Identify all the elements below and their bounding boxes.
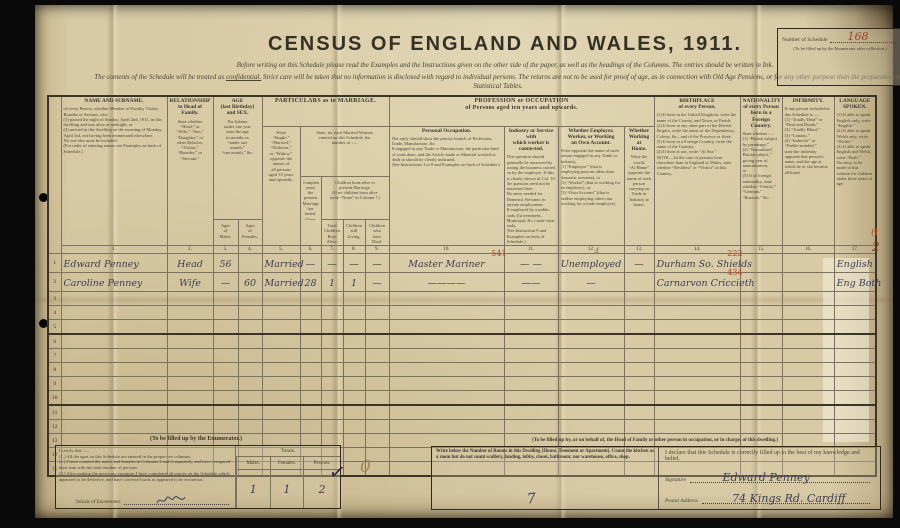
cell-industry bbox=[504, 320, 558, 335]
cell-nationality bbox=[740, 320, 782, 335]
totals-table: Totals. Males. Females. Persons. 1 1 2 bbox=[235, 446, 340, 508]
cell-occupation bbox=[389, 306, 504, 320]
cell-birthplace bbox=[654, 405, 740, 420]
cell-industry: — — bbox=[504, 254, 558, 273]
cell-born bbox=[321, 306, 343, 320]
instruction-line-2-pre: The contents of the Schedule will be tre… bbox=[94, 73, 226, 81]
cell-years: 28 bbox=[300, 273, 321, 292]
signature-field: Signature Edward Penney bbox=[665, 470, 874, 483]
cell-employment bbox=[558, 363, 624, 377]
col-header-rownum bbox=[48, 96, 61, 254]
column-number: 3. bbox=[213, 246, 238, 254]
cell-condition: Married bbox=[262, 254, 300, 273]
cell-living: — bbox=[343, 254, 365, 273]
cell-age_f bbox=[238, 377, 262, 391]
census-table-head: NAME AND SURNAME. of every Person, wheth… bbox=[48, 96, 876, 254]
cell-relationship bbox=[167, 377, 213, 391]
cell-birthplace bbox=[654, 377, 740, 391]
cell-industry bbox=[504, 420, 558, 434]
cell-age_m bbox=[213, 306, 238, 320]
cell-born bbox=[321, 391, 343, 406]
enumerator-margin-mark-row1: 0 bbox=[871, 226, 878, 239]
column-number: 12. bbox=[558, 246, 624, 254]
cell-industry bbox=[504, 405, 558, 420]
enumerator-initials-mark bbox=[156, 494, 186, 506]
signature-line: Edward Penney bbox=[690, 470, 870, 483]
cell-age_m bbox=[213, 349, 238, 363]
cell-age_f bbox=[238, 391, 262, 406]
cell-employment bbox=[558, 306, 624, 320]
address-line: 74 Kings Rd. Cardiff bbox=[702, 491, 870, 504]
cell-infirmity bbox=[782, 254, 834, 273]
cell-age_f bbox=[238, 320, 262, 335]
cell-age_f bbox=[238, 420, 262, 434]
cell-living bbox=[343, 306, 365, 320]
cell-living bbox=[343, 434, 365, 448]
col-header-children-died: Children who have Died. bbox=[365, 220, 389, 246]
cell-industry bbox=[504, 292, 558, 306]
cell-relationship bbox=[167, 292, 213, 306]
cell-infirmity bbox=[782, 320, 834, 335]
cell-infirmity bbox=[782, 292, 834, 306]
cell-condition bbox=[262, 391, 300, 406]
cell-employment bbox=[558, 292, 624, 306]
row-number: 9 bbox=[48, 377, 61, 391]
column-number: 16. bbox=[782, 246, 834, 254]
cell-occupation bbox=[389, 405, 504, 420]
column-number: 8. bbox=[343, 246, 365, 254]
cell-living bbox=[343, 292, 365, 306]
address-label: Postal Address bbox=[665, 498, 698, 504]
instruction-line-1: Before writing on this Schedule please r… bbox=[125, 61, 885, 70]
cell-infirmity bbox=[782, 349, 834, 363]
cell-nationality bbox=[740, 254, 782, 273]
cell-born bbox=[321, 405, 343, 420]
cell-birthplace bbox=[654, 334, 740, 349]
cell-birthplace bbox=[654, 363, 740, 377]
enumerator-box: I certify that :— (1.) All the ages on t… bbox=[55, 445, 341, 509]
cell-died bbox=[365, 292, 389, 306]
col-header-profession-group: PROFESSION or OCCUPATION of Persons aged… bbox=[389, 96, 654, 126]
cell-relationship: Wife bbox=[167, 273, 213, 292]
row-number: 12 bbox=[48, 420, 61, 434]
col-header-infirmity: INFIRMITY. If any person included in thi… bbox=[782, 96, 834, 246]
page-title: CENSUS OF ENGLAND AND WALES, 1911. bbox=[155, 33, 855, 56]
cell-name bbox=[61, 349, 167, 363]
column-number: 5. bbox=[262, 246, 300, 254]
cell-birthplace bbox=[654, 320, 740, 335]
census-form-paper: CENSUS OF ENGLAND AND WALES, 1911. Befor… bbox=[35, 5, 893, 518]
cell-relationship bbox=[167, 306, 213, 320]
cell-industry bbox=[504, 363, 558, 377]
row-number: 1 bbox=[48, 254, 61, 273]
rooms-value: 7 bbox=[526, 491, 537, 508]
cell-living bbox=[343, 320, 365, 335]
cell-language bbox=[834, 334, 876, 349]
cell-born bbox=[321, 292, 343, 306]
column-number: 13. bbox=[624, 246, 654, 254]
col-header-married-woman: State, for each Married Woman entered on… bbox=[300, 126, 389, 176]
cell-died bbox=[365, 349, 389, 363]
row-number: 3 bbox=[48, 292, 61, 306]
cell-nationality bbox=[740, 292, 782, 306]
cell-birthplace: Carnarvon Criccieth434 bbox=[654, 273, 740, 292]
cell-nationality bbox=[740, 306, 782, 320]
cell-infirmity bbox=[782, 405, 834, 420]
cell-died bbox=[365, 363, 389, 377]
cell-industry bbox=[504, 377, 558, 391]
col-header-employment: Whether Employer, Worker, or Working on … bbox=[558, 126, 624, 246]
cell-condition bbox=[262, 363, 300, 377]
cell-condition bbox=[262, 306, 300, 320]
schedule-number-line: 168 bbox=[830, 32, 898, 43]
cell-language bbox=[834, 420, 876, 434]
cell-name bbox=[61, 292, 167, 306]
cell-employment bbox=[558, 334, 624, 349]
cell-age_m bbox=[213, 405, 238, 420]
cell-name: Caroline Penney bbox=[61, 273, 167, 292]
cell-born bbox=[321, 320, 343, 335]
totals-col-females: Females. bbox=[270, 457, 304, 470]
cell-relationship bbox=[167, 349, 213, 363]
signature-value: Edward Penney bbox=[723, 471, 810, 484]
col-header-relationship: RELATIONSHIP to Head of Family. State wh… bbox=[167, 96, 213, 246]
col-header-occupation: Personal Occupation. The reply should sh… bbox=[389, 126, 504, 246]
col-header-children-living: Children still Living. bbox=[343, 220, 365, 246]
col-header-age-females: Ages of Females. bbox=[238, 220, 262, 246]
column-number: 2. bbox=[167, 246, 213, 254]
initials-line bbox=[124, 495, 229, 505]
cell-infirmity bbox=[782, 377, 834, 391]
cell-relationship bbox=[167, 320, 213, 335]
col-header-marriage-condition: Write “Single,” “Married,” “Widower,” or… bbox=[262, 126, 300, 246]
column-number: 6. bbox=[300, 246, 321, 254]
col-header-nationality: NATIONALITY of every Person born in a Fo… bbox=[740, 96, 782, 246]
cell-age_f bbox=[238, 363, 262, 377]
cell-age_f bbox=[238, 334, 262, 349]
cell-living bbox=[343, 420, 365, 434]
cell-infirmity bbox=[782, 420, 834, 434]
column-number: 17. bbox=[834, 246, 876, 254]
cell-died bbox=[365, 391, 389, 406]
cell-name bbox=[61, 377, 167, 391]
schedule-number-note: (To be filled up by the Enumerator after… bbox=[782, 46, 898, 51]
cell-born bbox=[321, 377, 343, 391]
cell-born: 1 bbox=[321, 273, 343, 292]
column-number: 1. bbox=[61, 246, 167, 254]
col-header-name: NAME AND SURNAME. of every Person, wheth… bbox=[61, 96, 167, 246]
cell-name bbox=[61, 420, 167, 434]
cell-born: — bbox=[321, 254, 343, 273]
rooms-box: Write below the Number of Rooms in this … bbox=[432, 447, 659, 509]
rooms-instructions: Write below the Number of Rooms in this … bbox=[436, 449, 654, 461]
cell-employment: — bbox=[558, 273, 624, 292]
col-header-children-born: Total Children Born Alive. bbox=[321, 220, 343, 246]
col-header-children-group: Children born alive to present Marriage.… bbox=[321, 176, 389, 220]
declaration-area: I declare that this Schedule is correctl… bbox=[659, 447, 880, 509]
cell-age_m bbox=[213, 320, 238, 335]
table-row: 2Caroline PenneyWife—60Married2811——————… bbox=[48, 273, 876, 292]
col-header-birthplace: BIRTHPLACE of every Person. (1) If born … bbox=[654, 96, 740, 246]
cell-language bbox=[834, 292, 876, 306]
cell-athome bbox=[624, 405, 654, 420]
col-header-age: AGE (last Birthday) and SEX. For Infants… bbox=[213, 96, 262, 220]
totals-col-males: Males. bbox=[236, 457, 270, 470]
cell-occupation: Master Mariner541 bbox=[389, 254, 504, 273]
cell-language bbox=[834, 306, 876, 320]
cell-industry bbox=[504, 306, 558, 320]
enumerator-margin-mark-row2: 2 bbox=[872, 240, 880, 254]
col-header-athome: Whether Working at Home. Write the words… bbox=[624, 126, 654, 246]
schedule-number-label: Number of Schedule bbox=[782, 37, 828, 43]
cell-condition bbox=[262, 292, 300, 306]
cell-died bbox=[365, 306, 389, 320]
cell-living: 1 bbox=[343, 273, 365, 292]
pencil-note: 4 bbox=[594, 247, 599, 256]
col-header-age-males: Ages of Males. bbox=[213, 220, 238, 246]
cell-industry bbox=[504, 349, 558, 363]
cell-age_f bbox=[238, 349, 262, 363]
schedule-number-box: Number of Schedule 168 (To be filled up … bbox=[777, 28, 900, 86]
column-number: 4. bbox=[238, 246, 262, 254]
cell-age_f bbox=[238, 292, 262, 306]
cell-employment bbox=[558, 391, 624, 406]
cell-athome: — bbox=[624, 254, 654, 273]
table-row: 10 bbox=[48, 391, 876, 406]
certify-text: I certify that :— (1.) All the ages on t… bbox=[59, 448, 232, 482]
cell-nationality bbox=[740, 349, 782, 363]
cell-name bbox=[61, 391, 167, 406]
cell-condition bbox=[262, 405, 300, 420]
declaration-text: I declare that this Schedule is correctl… bbox=[665, 450, 874, 462]
cell-born bbox=[321, 363, 343, 377]
cell-infirmity bbox=[782, 273, 834, 292]
cell-athome bbox=[624, 306, 654, 320]
cell-infirmity bbox=[782, 334, 834, 349]
table-row: 4 bbox=[48, 306, 876, 320]
cell-infirmity bbox=[782, 391, 834, 406]
cell-died bbox=[365, 434, 389, 448]
initials-row: Initials of Enumerator. bbox=[76, 495, 229, 505]
cell-occupation bbox=[389, 334, 504, 349]
cell-years: — bbox=[300, 254, 321, 273]
cell-age_m bbox=[213, 391, 238, 406]
address-field: Postal Address 74 Kings Rd. Cardiff bbox=[665, 491, 874, 504]
cell-condition bbox=[262, 320, 300, 335]
cell-died bbox=[365, 405, 389, 420]
cell-nationality bbox=[740, 405, 782, 420]
cell-language bbox=[834, 405, 876, 420]
cell-athome bbox=[624, 391, 654, 406]
cell-language: English bbox=[834, 254, 876, 273]
cell-died bbox=[365, 377, 389, 391]
cell-industry: —— bbox=[504, 273, 558, 292]
col-header-marriage-years: Completed years the present Marriage has… bbox=[300, 176, 321, 246]
pencil-zero-mark: 0 bbox=[360, 457, 371, 477]
cell-years bbox=[300, 306, 321, 320]
cell-name: Edward Penney bbox=[61, 254, 167, 273]
cell-years bbox=[300, 420, 321, 434]
cell-born bbox=[321, 334, 343, 349]
cell-occupation bbox=[389, 377, 504, 391]
cell-died bbox=[365, 320, 389, 335]
col-header-marriage-group: PARTICULARS as to MARRIAGE. bbox=[262, 96, 389, 126]
table-row: 12 bbox=[48, 420, 876, 434]
cell-language bbox=[834, 349, 876, 363]
cell-relationship bbox=[167, 363, 213, 377]
schedule-number-value: 168 bbox=[848, 30, 869, 43]
table-row: 6 bbox=[48, 334, 876, 349]
cell-occupation bbox=[389, 391, 504, 406]
row-number: 2 bbox=[48, 273, 61, 292]
cell-years bbox=[300, 320, 321, 335]
cell-years bbox=[300, 334, 321, 349]
cell-employment bbox=[558, 349, 624, 363]
cell-nationality bbox=[740, 420, 782, 434]
column-number: 7. bbox=[321, 246, 343, 254]
enumerator-heading: (To be filled up by the Enumerator.) bbox=[55, 436, 337, 442]
column-number: 11. bbox=[504, 246, 558, 254]
cell-age_m bbox=[213, 377, 238, 391]
cell-died bbox=[365, 420, 389, 434]
cell-name bbox=[61, 320, 167, 335]
cell-living bbox=[343, 377, 365, 391]
cell-athome bbox=[624, 273, 654, 292]
cell-athome bbox=[624, 292, 654, 306]
cell-died: — bbox=[365, 254, 389, 273]
cell-nationality bbox=[740, 273, 782, 292]
cell-infirmity bbox=[782, 363, 834, 377]
table-row: 9 bbox=[48, 377, 876, 391]
cell-occupation bbox=[389, 420, 504, 434]
cell-relationship bbox=[167, 391, 213, 406]
cell-age_m bbox=[213, 334, 238, 349]
cell-industry bbox=[504, 334, 558, 349]
cell-relationship bbox=[167, 334, 213, 349]
column-number: 10. bbox=[389, 246, 504, 254]
declaration-heading: (To be filled up by, or on behalf of, th… bbox=[431, 438, 879, 443]
cell-age_m: — bbox=[213, 273, 238, 292]
cell-age_f bbox=[238, 405, 262, 420]
cell-years bbox=[300, 405, 321, 420]
cell-years bbox=[300, 349, 321, 363]
cell-employment bbox=[558, 320, 624, 335]
row-number: 6 bbox=[48, 334, 61, 349]
cell-condition bbox=[262, 420, 300, 434]
column-number: 15. bbox=[740, 246, 782, 254]
enumerator-check-mark: ✓ bbox=[327, 459, 347, 485]
table-row: 8 bbox=[48, 363, 876, 377]
cell-years bbox=[300, 292, 321, 306]
cell-nationality bbox=[740, 377, 782, 391]
cell-name bbox=[61, 306, 167, 320]
cell-infirmity bbox=[782, 306, 834, 320]
col-header-industry: Industry or Service with which worker is… bbox=[504, 126, 558, 246]
cell-employment bbox=[558, 377, 624, 391]
cell-birthplace bbox=[654, 292, 740, 306]
cell-language bbox=[834, 377, 876, 391]
cell-relationship: Head bbox=[167, 254, 213, 273]
cell-years bbox=[300, 363, 321, 377]
cell-athome bbox=[624, 349, 654, 363]
cell-living bbox=[343, 363, 365, 377]
enumerator-certify-area: I certify that :— (1.) All the ages on t… bbox=[56, 446, 235, 508]
initials-label: Initials of Enumerator. bbox=[76, 500, 121, 505]
cell-age_f bbox=[238, 254, 262, 273]
cell-living bbox=[343, 349, 365, 363]
table-row: 11 bbox=[48, 405, 876, 420]
cell-language bbox=[834, 391, 876, 406]
cell-living bbox=[343, 405, 365, 420]
cell-athome bbox=[624, 363, 654, 377]
cell-died: — bbox=[365, 273, 389, 292]
row-number: 10 bbox=[48, 391, 61, 406]
address-value: 74 Kings Rd. Cardiff bbox=[732, 492, 845, 505]
cell-died bbox=[365, 334, 389, 349]
table-row: 3 bbox=[48, 292, 876, 306]
cell-condition bbox=[262, 377, 300, 391]
cell-language: Eng Both bbox=[834, 273, 876, 292]
cell-name bbox=[61, 405, 167, 420]
cell-occupation bbox=[389, 292, 504, 306]
totals-value-females: 1 bbox=[270, 470, 304, 508]
column-number: 9. bbox=[365, 246, 389, 254]
cell-age_m: 56 bbox=[213, 254, 238, 273]
declaration-box: Write below the Number of Rooms in this … bbox=[431, 446, 881, 510]
totals-value-males: 1 bbox=[236, 470, 270, 508]
cell-birthplace bbox=[654, 420, 740, 434]
cell-name bbox=[61, 363, 167, 377]
cell-born bbox=[321, 420, 343, 434]
row-number: 7 bbox=[48, 349, 61, 363]
cell-born bbox=[321, 349, 343, 363]
cell-employment: Unemployed4 bbox=[558, 254, 624, 273]
row-number: 4 bbox=[48, 306, 61, 320]
row-number: 8 bbox=[48, 363, 61, 377]
cell-age_f: 60 bbox=[238, 273, 262, 292]
instruction-confidential: confidential. bbox=[226, 73, 261, 81]
cell-age_m bbox=[213, 363, 238, 377]
cell-occupation bbox=[389, 363, 504, 377]
cell-years bbox=[300, 391, 321, 406]
cell-industry bbox=[504, 391, 558, 406]
cell-language bbox=[834, 363, 876, 377]
cell-birthplace bbox=[654, 306, 740, 320]
cell-nationality bbox=[740, 391, 782, 406]
cell-athome bbox=[624, 320, 654, 335]
cell-living bbox=[343, 334, 365, 349]
cell-language bbox=[834, 320, 876, 335]
col-header-language: LANGUAGE SPOKEN. (1) If able to speak En… bbox=[834, 96, 876, 246]
cell-age_f bbox=[238, 306, 262, 320]
cell-condition bbox=[262, 334, 300, 349]
census-table: NAME AND SURNAME. of every Person, wheth… bbox=[47, 95, 877, 477]
cell-nationality bbox=[740, 334, 782, 349]
totals-label: Totals. bbox=[236, 446, 340, 457]
row-number: 5 bbox=[48, 320, 61, 335]
cell-relationship bbox=[167, 420, 213, 434]
cell-age_m bbox=[213, 420, 238, 434]
cell-living bbox=[343, 391, 365, 406]
cell-condition: Married bbox=[262, 273, 300, 292]
cell-birthplace bbox=[654, 391, 740, 406]
cell-years bbox=[300, 377, 321, 391]
cell-athome bbox=[624, 377, 654, 391]
cell-name bbox=[61, 334, 167, 349]
table-row: 1Edward PenneyHead56Married————Master Ma… bbox=[48, 254, 876, 273]
cell-condition bbox=[262, 349, 300, 363]
cell-occupation bbox=[389, 320, 504, 335]
